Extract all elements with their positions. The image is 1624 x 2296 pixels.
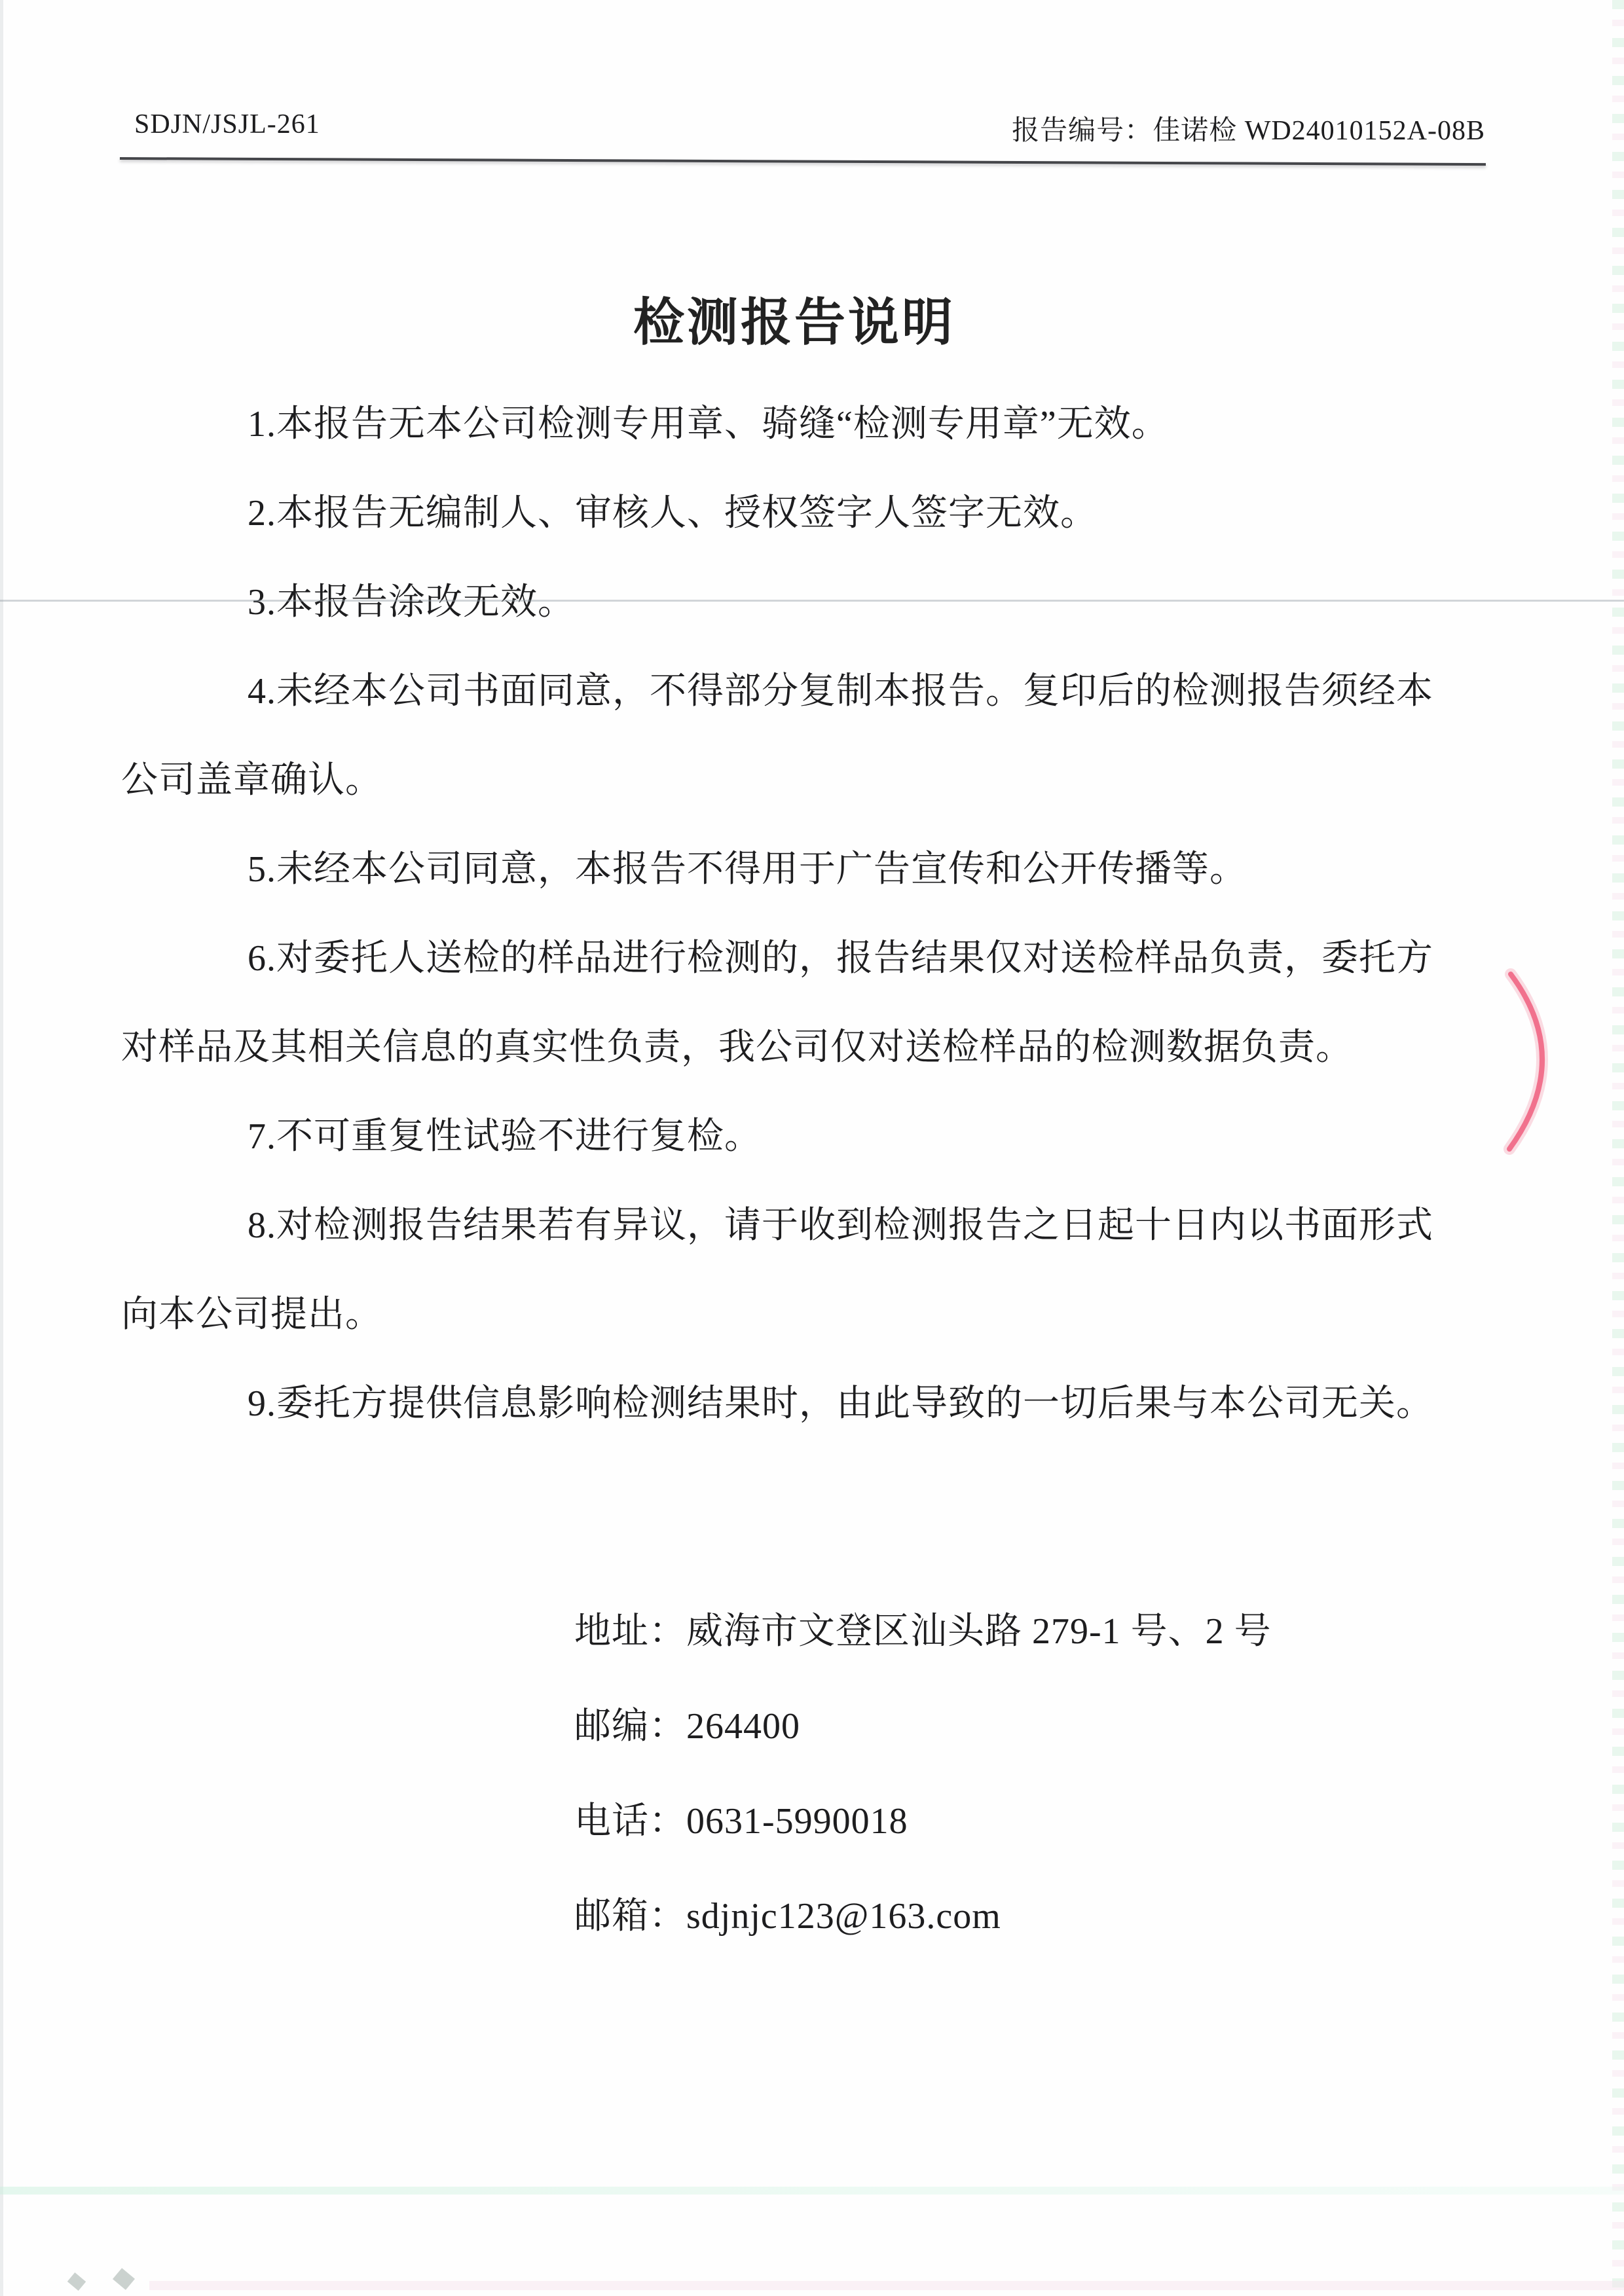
contact-postcode-line: 邮编：264400: [574, 1679, 1272, 1774]
address-value: 威海市文登区汕头路 279-1 号、2 号: [686, 1611, 1272, 1652]
phone-value: 0631-5990018: [686, 1801, 908, 1842]
scan-left-edge-shade: [0, 0, 3, 2296]
red-pen-mark: [1493, 961, 1565, 1177]
notice-line-7: 7.不可重复性试验不进行复检。: [121, 1092, 1509, 1181]
scan-artifact-green-band: [0, 2187, 1624, 2195]
notice-line-4b: 公司盖章确认。: [121, 736, 1509, 825]
contact-block: 地址：威海市文登区汕头路 279-1 号、2 号 邮编：264400 电话：06…: [574, 1584, 1272, 1964]
notice-line-9: 9.委托方提供信息影响检测结果时，由此导致的一切后果与本公司无关。: [121, 1359, 1509, 1448]
notice-body: 1.本报告无本公司检测专用章、骑缝“检测专用章”无效。 2.本报告无编制人、审核…: [121, 380, 1509, 1448]
email-label: 邮箱：: [574, 1896, 686, 1937]
notice-line-5: 5.未经本公司同意，本报告不得用于广告宣传和公开传播等。: [121, 825, 1509, 914]
report-number-label: 报告编号：: [1012, 116, 1153, 146]
notice-line-2: 2.本报告无编制人、审核人、授权签字人签字无效。: [121, 469, 1509, 558]
phone-label: 电话：: [574, 1801, 686, 1842]
contact-email-line: 邮箱：sdjnjc123@163.com: [574, 1869, 1272, 1964]
scan-artifact-line: [0, 600, 1624, 602]
report-number-value: 佳诺检 WD24010152A-08B: [1153, 116, 1485, 146]
notice-line-8a: 8.对检测报告结果若有异议，请于收到检测报告之日起十日内以书面形式: [121, 1181, 1509, 1270]
scan-speck: [113, 2268, 135, 2290]
notice-line-6a: 6.对委托人送检的样品进行检测的，报告结果仅对送检样品负责，委托方: [121, 914, 1509, 1003]
report-number: 报告编号：佳诺检 WD24010152A-08B: [1012, 109, 1485, 148]
contact-phone-line: 电话：0631-5990018: [574, 1774, 1272, 1869]
contact-address-line: 地址：威海市文登区汕头路 279-1 号、2 号: [574, 1584, 1272, 1679]
scan-artifact-pink-band: [149, 2281, 1624, 2290]
notice-line-1: 1.本报告无本公司检测专用章、骑缝“检测专用章”无效。: [121, 380, 1509, 469]
notice-line-4a: 4.未经本公司书面同意，不得部分复制本报告。复印后的检测报告须经本: [121, 647, 1509, 736]
header-divider: [120, 157, 1486, 166]
notice-line-3: 3.本报告涂改无效。: [121, 558, 1509, 647]
address-label: 地址：: [574, 1611, 686, 1652]
scan-speck: [67, 2272, 86, 2291]
postcode-value: 264400: [686, 1706, 800, 1747]
scan-right-edge-noise: [1612, 0, 1624, 2296]
page-title: 检测报告说明: [18, 282, 1571, 355]
document-code: SDJN/JSJL-261: [134, 109, 320, 140]
scanned-report-page: SDJN/JSJL-261 报告编号：佳诺检 WD24010152A-08B 检…: [0, 0, 1624, 2296]
postcode-label: 邮编：: [574, 1706, 686, 1747]
email-value: sdjnjc123@163.com: [686, 1896, 1001, 1937]
notice-line-8b: 向本公司提出。: [121, 1270, 1509, 1359]
notice-line-6b: 对样品及其相关信息的真实性负责，我公司仅对送检样品的检测数据负责。: [121, 1003, 1509, 1092]
